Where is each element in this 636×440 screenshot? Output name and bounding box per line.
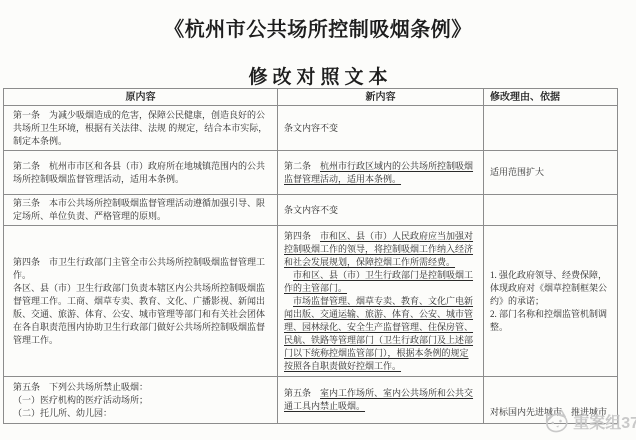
paragraph: 2. 部门名称和控烟监管机制调整。 [490,308,612,334]
reason-cell [484,106,618,151]
original-cell: 第三条 本市公共场所控制吸烟监督管理活动遵循加强引导、限定场所、单位负责、严格管… [4,195,278,226]
plain-text: 第一条 为减少吸烟造成的危害，保障公民健康，创造良好的公共场所卫生环境，根据有关… [13,110,267,146]
table-header-row: 原内容 新内容 修改理由、依据 [4,89,618,106]
paragraph: 各区、县（市）卫生行政部门负责本辖区内公共场所控制吸烟监督管理工作。工商、烟草专… [13,282,269,347]
reason-cell: 1. 强化政府领导、经费保障，体现政府对《烟草控制框架公约》的承诺；2. 部门名… [484,226,618,377]
new-cell: 第四条 市和区、县（市）人民政府应当加强对控制吸烟工作的领导，将控制吸烟工作纳入… [278,226,484,377]
paragraph: 第四条 市和区、县（市）人民政府应当加强对控制吸烟工作的领导，将控制吸烟工作纳入… [284,230,477,269]
doc-title: 《杭州市公共场所控制吸烟条例》 [0,13,636,42]
paragraph: 第二条 杭州市行政区域内的公共场所控制吸烟监督管理活动，适用本条例。 [284,160,477,186]
reason-cell: 适用范围扩大 [484,151,618,195]
comparison-table-body: 第一条 为减少吸烟造成的危害，保障公民健康，创造良好的公共场所卫生环境，根据有关… [4,106,618,424]
original-cell: 第四条 市卫生行政部门主管全市公共场所控制吸烟监督管理工作。各区、县（市）卫生行… [4,226,278,377]
new-cell: 条文内容不变 [278,195,484,226]
paragraph: 第二条 杭州市市区和各县（市）政府所在地城镇范围内的公共场所控制吸烟监督管理活动… [13,160,269,186]
paragraph: 第一条 为减少吸烟造成的危害，保障公民健康，创造良好的公共场所卫生环境，根据有关… [13,109,269,148]
comparison-table: 原内容 新内容 修改理由、依据 第一条 为减少吸烟造成的危害，保障公民健康，创造… [3,88,618,424]
amended-text: 市和区、县（市）卫生行政部门是控制吸烟工作的主管部门。 [284,270,473,293]
col-header-original: 原内容 [4,89,278,106]
new-cell: 第五条 室内工作场所、室内公共场所和公共交通工具内禁止吸烟。 [278,377,484,424]
table-row: 第三条 本市公共场所控制吸烟监督管理活动遵循加强引导、限定场所、单位负责、严格管… [4,195,618,226]
paragraph: 条文内容不变 [284,204,477,217]
paragraph: 市场监督管理、烟草专卖、教育、文化广电新闻出版、交通运输、旅游、体育、公安、城市… [284,295,477,373]
plain-text: 第四条 市卫生行政部门主管全市公共场所控制吸烟监督管理工作。 [13,257,265,280]
paragraph: 第四条 市卫生行政部门主管全市公共场所控制吸烟监督管理工作。 [13,256,269,282]
document-page: 《杭州市公共场所控制吸烟条例》 修改对照文本 原内容 新内容 修改理由、依据 第… [0,0,636,440]
paragraph: （一）医疗机构的医疗活动场所； [13,394,269,407]
reason-cell [484,195,618,226]
plain-text: 第三条 本市公共场所控制吸烟监督管理活动遵循加强引导、限定场所、单位负责、严格管… [13,198,265,221]
paragraph: 第五条 室内工作场所、室内公共场所和公共交通工具内禁止吸烟。 [284,387,477,413]
col-header-new: 新内容 [278,89,484,106]
paragraph: 1. 强化政府领导、经费保障，体现政府对《烟草控制框架公约》的承诺； [490,269,612,308]
plain-text: 2. 部门名称和控烟监管机制调整。 [490,309,607,332]
plain-text: 条文内容不变 [284,123,338,133]
table-row: 第二条 杭州市市区和各县（市）政府所在地城镇范围内的公共场所控制吸烟监督管理活动… [4,151,618,195]
cat-badge-icon [543,409,570,434]
watermark-text: 重案组37 [573,410,636,433]
table-row: 第四条 市卫生行政部门主管全市公共场所控制吸烟监督管理工作。各区、县（市）卫生行… [4,226,618,377]
plain-text: （二）托儿所、幼儿园： [13,408,112,418]
paragraph: 条文内容不变 [284,122,477,135]
table-row: 第一条 为减少吸烟造成的危害，保障公民健康，创造良好的公共场所卫生环境，根据有关… [4,106,618,151]
plain-text: 1. 强化政府领导、经费保障，体现政府对《烟草控制框架公约》的承诺； [490,270,607,306]
plain-text: 第二条 [284,161,320,171]
table-header: 原内容 新内容 修改理由、依据 [4,89,618,106]
original-cell: 第一条 为减少吸烟造成的危害，保障公民健康，创造良好的公共场所卫生环境，根据有关… [4,106,278,151]
plain-text: 第五条 [284,388,320,398]
plain-text: 条文内容不变 [284,205,338,215]
new-cell: 第二条 杭州市行政区域内的公共场所控制吸烟监督管理活动，适用本条例。 [278,151,484,195]
paragraph: 适用范围扩大 [490,166,612,179]
table-row: 第五条 下列公共场所禁止吸烟：（一）医疗机构的医疗活动场所；（二）托儿所、幼儿园… [4,377,618,424]
plain-text: 各区、县（市）卫生行政部门负责本辖区内公共场所控制吸烟监督管理工作。工商、烟草专… [13,283,265,345]
original-cell: 第二条 杭州市市区和各县（市）政府所在地城镇范围内的公共场所控制吸烟监督管理活动… [4,151,278,195]
amended-text: 市场监督管理、烟草专卖、教育、文化广电新闻出版、交通运输、旅游、体育、公安、城市… [284,296,473,371]
paragraph: （二）托儿所、幼儿园： [13,407,269,420]
new-cell: 条文内容不变 [278,106,484,151]
paragraph: 第五条 下列公共场所禁止吸烟： [13,381,269,394]
plain-text: 第二条 杭州市市区和各县（市）政府所在地城镇范围内的公共场所控制吸烟监督管理活动… [13,161,265,184]
paragraph: 第三条 本市公共场所控制吸烟监督管理活动遵循加强引导、限定场所、单位负责、严格管… [13,197,269,223]
plain-text: 适用范围扩大 [490,167,544,177]
watermark: 重案组37 [543,409,636,434]
plain-text: 第四条 [284,231,320,241]
col-header-reason: 修改理由、依据 [484,89,618,106]
doc-subtitle: 修改对照文本 [0,62,636,89]
plain-text: （一）医疗机构的医疗活动场所； [13,395,148,405]
plain-text: 第五条 下列公共场所禁止吸烟： [13,382,148,392]
original-cell: 第五条 下列公共场所禁止吸烟：（一）医疗机构的医疗活动场所；（二）托儿所、幼儿园… [4,377,278,424]
paragraph: 市和区、县（市）卫生行政部门是控制吸烟工作的主管部门。 [284,269,477,295]
